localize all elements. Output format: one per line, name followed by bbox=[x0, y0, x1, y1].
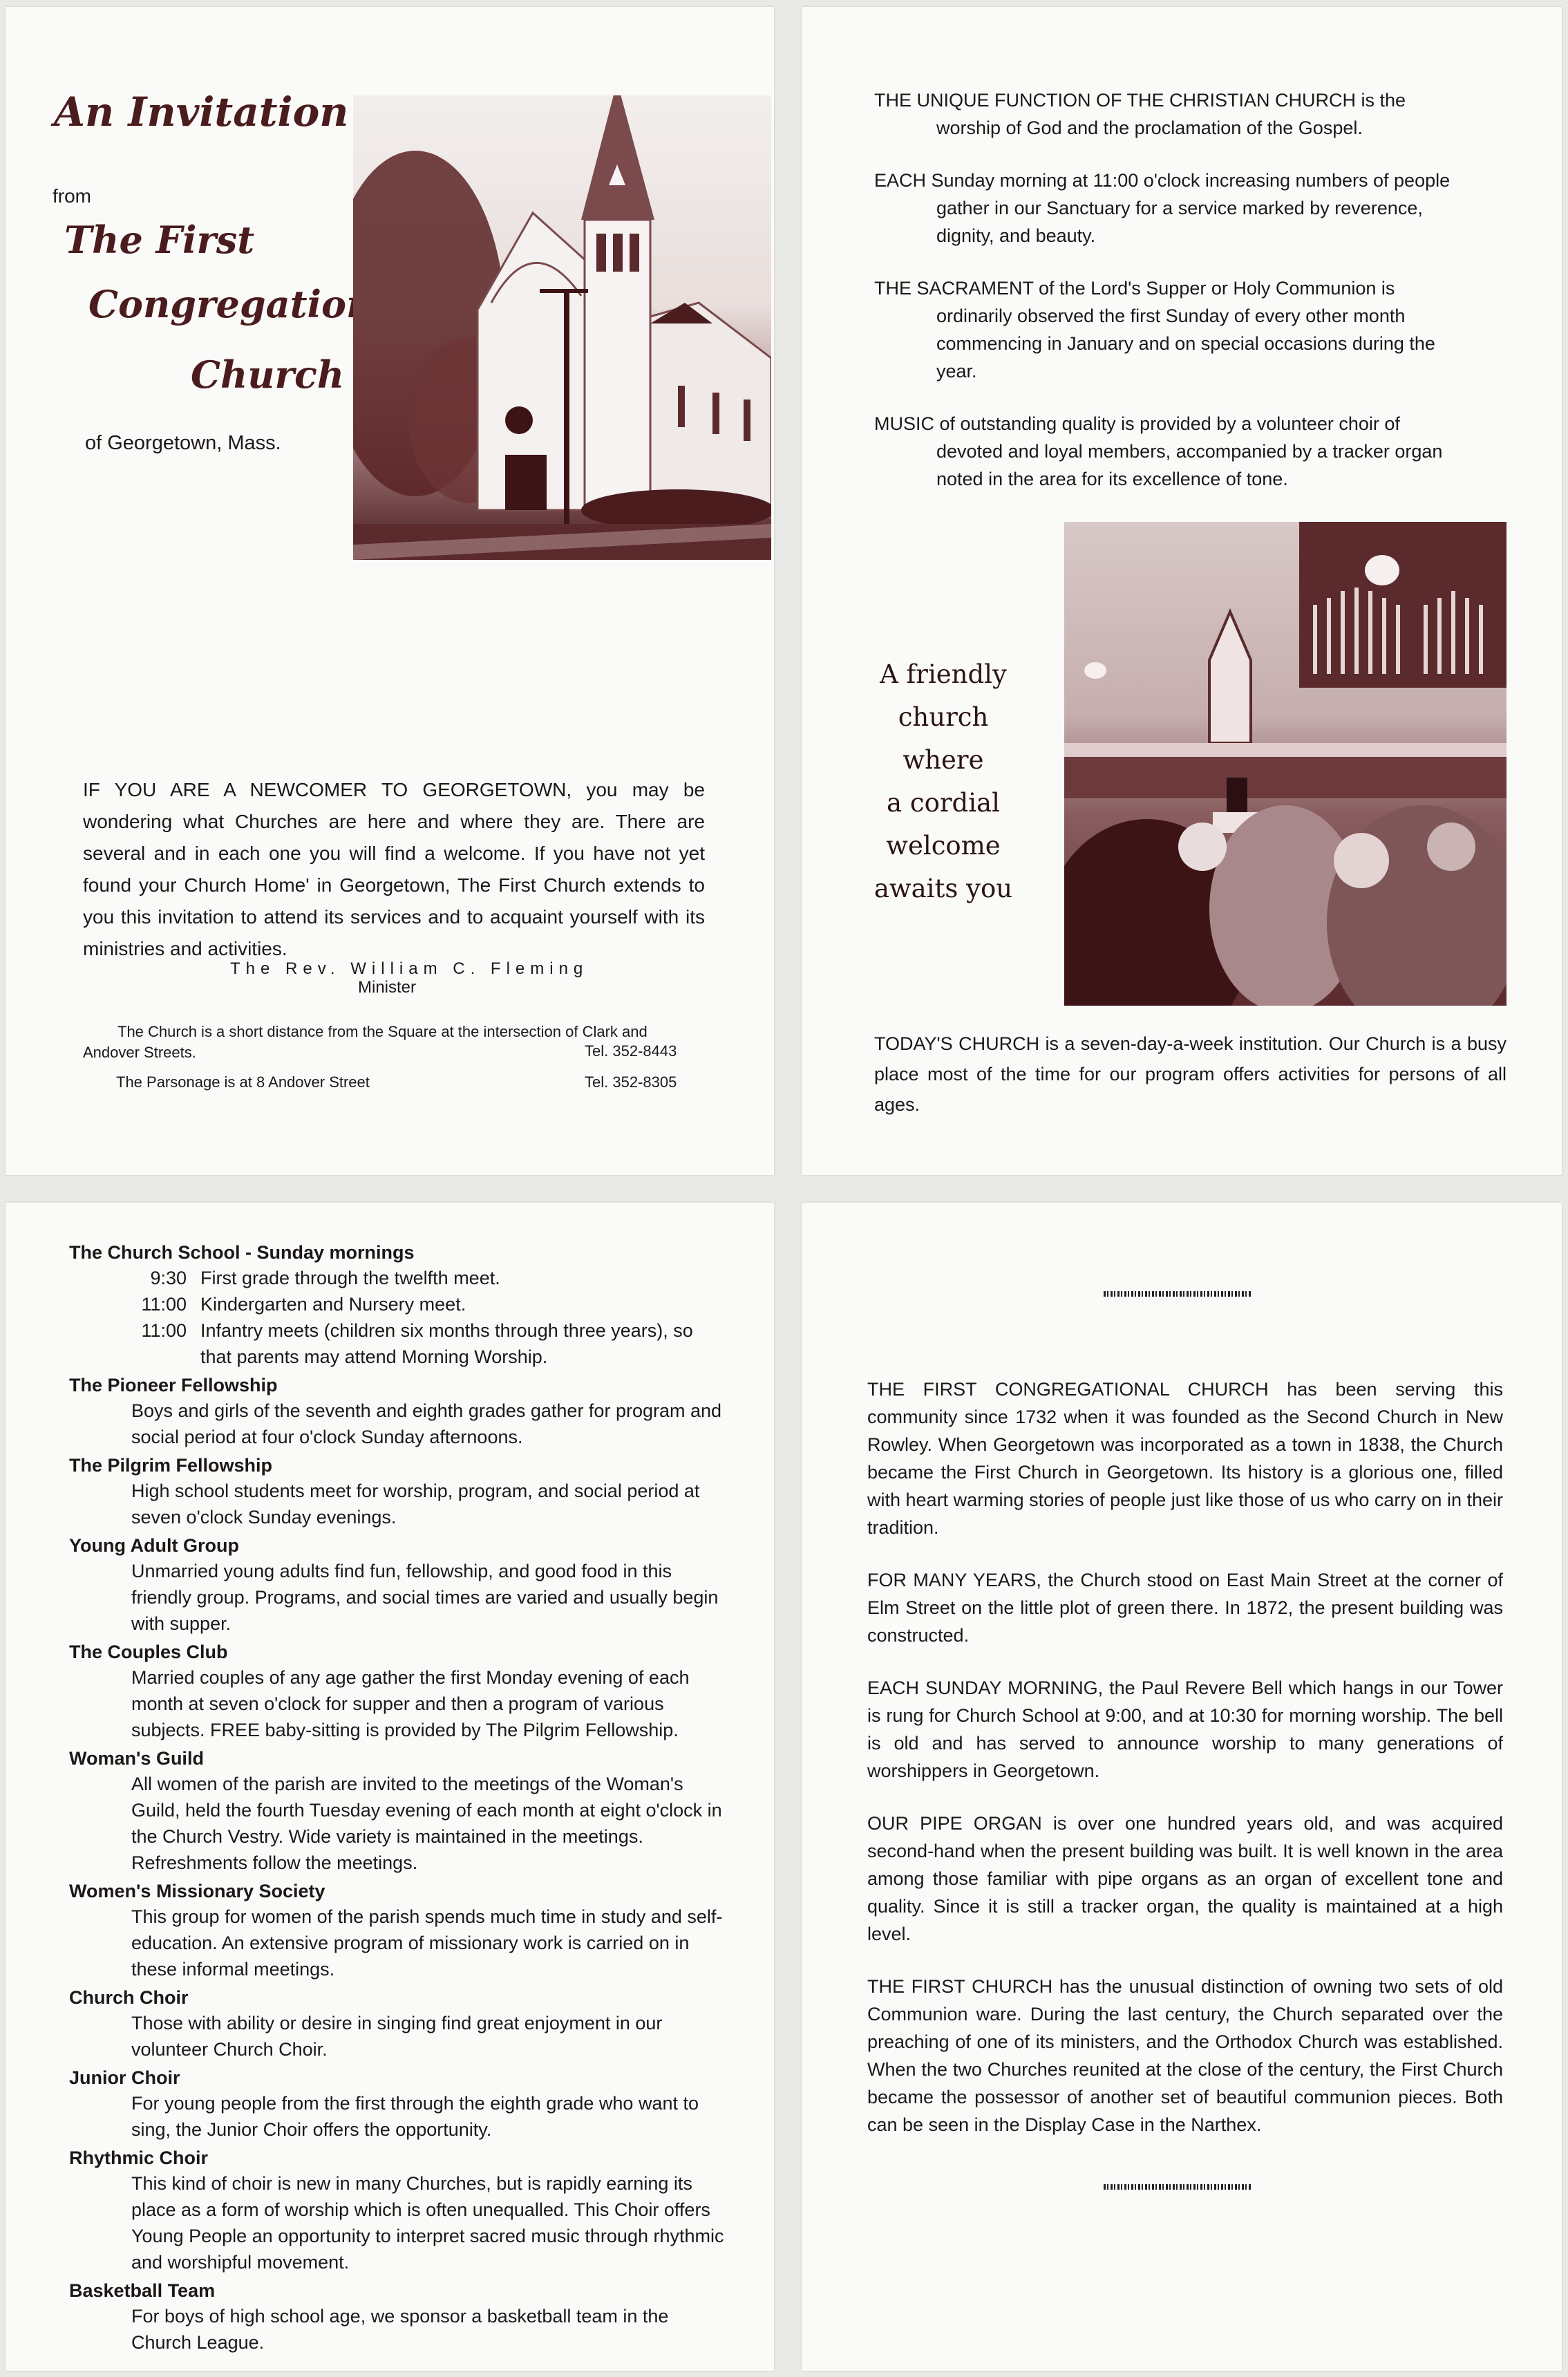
activity-description: Unmarried young adults find fun, fellows… bbox=[69, 1558, 726, 1637]
history-paragraph: FOR MANY YEARS, the Church stood on East… bbox=[867, 1566, 1503, 1649]
history-paragraph: THE FIRST CONGREGATIONAL CHURCH has been… bbox=[867, 1375, 1503, 1541]
activity-description: High school students meet for worship, p… bbox=[69, 1478, 726, 1530]
paragraph-lead: THE FIRST CHURCH bbox=[867, 1976, 1052, 1997]
parsonage-telephone: Tel. 352-8305 bbox=[585, 1073, 677, 1091]
friendly-church-tagline: A friendly church where a cordial welcom… bbox=[864, 653, 1023, 910]
activities-list: The Church School - Sunday mornings 9:30… bbox=[69, 1237, 726, 2356]
newcomer-invitation-text: IF YOU ARE A NEWCOMER TO GEORGETOWN, you… bbox=[83, 774, 705, 965]
paragraph-text: Sunday morning at 11:00 o'clock increasi… bbox=[926, 170, 1450, 246]
schedule-desc: Kindergarten and Nursery meet. bbox=[200, 1291, 726, 1317]
activity-heading: Woman's Guild bbox=[69, 1746, 726, 1771]
top-ornament-divider bbox=[1104, 1291, 1252, 1297]
activity-heading: Junior Choir bbox=[69, 2065, 726, 2090]
schedule-row: 11:00Kindergarten and Nursery meet. bbox=[69, 1291, 726, 1317]
directions-text: The Church is a short distance from the … bbox=[83, 1023, 648, 1061]
minister-title: Minister bbox=[358, 978, 416, 997]
activity-description: For boys of high school age, we sponsor … bbox=[69, 2303, 726, 2356]
cover-from: from bbox=[53, 185, 91, 207]
history-paragraph: EACH SUNDAY MORNING, the Paul Revere Bel… bbox=[867, 1674, 1503, 1785]
unique-function-paragraph: THE UNIQUE FUNCTION OF THE CHRISTIAN CHU… bbox=[874, 86, 1458, 142]
schedule-time: 11:00 bbox=[69, 1291, 200, 1317]
schedule-desc: Infantry meets (children six months thro… bbox=[200, 1317, 726, 1370]
worship-page: THE UNIQUE FUNCTION OF THE CHRISTIAN CHU… bbox=[802, 7, 1562, 1175]
paragraph-text: has the unusual distinction of owning tw… bbox=[867, 1976, 1503, 2135]
church-building-illustration bbox=[353, 95, 771, 560]
activity-heading: Young Adult Group bbox=[69, 1533, 726, 1558]
activity-heading: The Pioneer Fellowship bbox=[69, 1373, 726, 1398]
tagline-line: a cordial bbox=[864, 782, 1023, 825]
tagline-line: awaits you bbox=[864, 867, 1023, 910]
activity-description: This kind of choir is new in many Church… bbox=[69, 2170, 726, 2275]
paragraph-lead: THE UNIQUE FUNCTION OF THE CHRISTIAN CHU… bbox=[874, 90, 1356, 111]
paragraph-lead: THE SACRAMENT bbox=[874, 278, 1034, 299]
sunday-service-paragraph: EACH Sunday morning at 11:00 o'clock inc… bbox=[874, 167, 1458, 250]
paragraph-lead: MUSIC bbox=[874, 413, 934, 434]
paragraph-lead: TODAY'S CHURCH bbox=[874, 1033, 1039, 1054]
history-page: THE FIRST CONGREGATIONAL CHURCH has been… bbox=[802, 1203, 1562, 2371]
paragraph-lead: EACH bbox=[874, 170, 926, 191]
activity-description: Married couples of any age gather the fi… bbox=[69, 1664, 726, 1743]
activity-description: Those with ability or desire in singing … bbox=[69, 2010, 726, 2063]
church-school-schedule: 9:30First grade through the twelfth meet… bbox=[69, 1265, 726, 1370]
music-paragraph: MUSIC of outstanding quality is provided… bbox=[874, 410, 1458, 493]
church-telephone: Tel. 352-8443 bbox=[585, 1042, 677, 1060]
cover-page: An Invitation from The First Congregatio… bbox=[6, 7, 774, 1175]
schedule-desc: First grade through the twelfth meet. bbox=[200, 1265, 726, 1291]
paragraph-lead: EACH SUNDAY MORNING, bbox=[867, 1678, 1103, 1698]
activity-description: All women of the parish are invited to t… bbox=[69, 1771, 726, 1876]
activity-heading: Women's Missionary Society bbox=[69, 1879, 726, 1904]
parsonage-address: The Parsonage is at 8 Andover Street bbox=[116, 1073, 370, 1091]
activity-description: For young people from the first through … bbox=[69, 2090, 726, 2143]
schedule-time: 9:30 bbox=[69, 1265, 200, 1291]
todays-church-paragraph: TODAY'S CHURCH is a seven-day-a-week ins… bbox=[874, 1028, 1506, 1120]
history-paragraph: OUR PIPE ORGAN is over one hundred years… bbox=[867, 1810, 1503, 1948]
paragraph-lead: THE FIRST CONGREGATIONAL CHURCH bbox=[867, 1379, 1269, 1400]
cover-title-invitation: An Invitation bbox=[54, 88, 348, 135]
cover-location: of Georgetown, Mass. bbox=[85, 432, 281, 455]
sanctuary-illustration bbox=[1064, 522, 1506, 1006]
paragraph-text: of outstanding quality is provided by a … bbox=[934, 413, 1442, 489]
paragraph-lead: OUR PIPE ORGAN bbox=[867, 1813, 1042, 1834]
activity-description: This group for women of the parish spend… bbox=[69, 1904, 726, 1982]
activity-heading: The Couples Club bbox=[69, 1640, 726, 1664]
activity-heading: The Pilgrim Fellowship bbox=[69, 1453, 726, 1478]
church-school-heading: The Church School - Sunday mornings bbox=[69, 1240, 726, 1265]
activity-heading: Basketball Team bbox=[69, 2278, 726, 2303]
schedule-row: 11:00Infantry meets (children six months… bbox=[69, 1317, 726, 1370]
history-paragraph: THE FIRST CHURCH has the unusual distinc… bbox=[867, 1973, 1503, 2139]
worship-paragraphs: THE UNIQUE FUNCTION OF THE CHRISTIAN CHU… bbox=[874, 86, 1458, 518]
tagline-line: church where bbox=[864, 696, 1023, 782]
church-exterior-photo bbox=[353, 95, 771, 560]
cover-title-first: The First bbox=[64, 218, 254, 262]
tagline-line: A friendly bbox=[864, 653, 1023, 696]
minister-name: The Rev. William C. Fleming bbox=[230, 959, 588, 979]
activities-page: The Church School - Sunday mornings 9:30… bbox=[6, 1203, 774, 2371]
schedule-row: 9:30First grade through the twelfth meet… bbox=[69, 1265, 726, 1291]
activity-heading: Rhythmic Choir bbox=[69, 2145, 726, 2170]
paragraph-text: has been serving this community since 17… bbox=[867, 1379, 1503, 1538]
cover-title-church: Church bbox=[191, 353, 344, 397]
sanctuary-interior-photo bbox=[1064, 522, 1506, 1006]
paragraph-lead: FOR MANY YEARS, bbox=[867, 1570, 1041, 1590]
schedule-time: 11:00 bbox=[69, 1317, 200, 1370]
activity-heading: Church Choir bbox=[69, 1985, 726, 2010]
tagline-line: welcome bbox=[864, 825, 1023, 867]
activity-description: Boys and girls of the seventh and eighth… bbox=[69, 1398, 726, 1450]
sacrament-paragraph: THE SACRAMENT of the Lord's Supper or Ho… bbox=[874, 274, 1458, 385]
bottom-ornament-divider bbox=[1104, 2184, 1252, 2190]
history-paragraphs: THE FIRST CONGREGATIONAL CHURCH has been… bbox=[867, 1375, 1503, 2163]
